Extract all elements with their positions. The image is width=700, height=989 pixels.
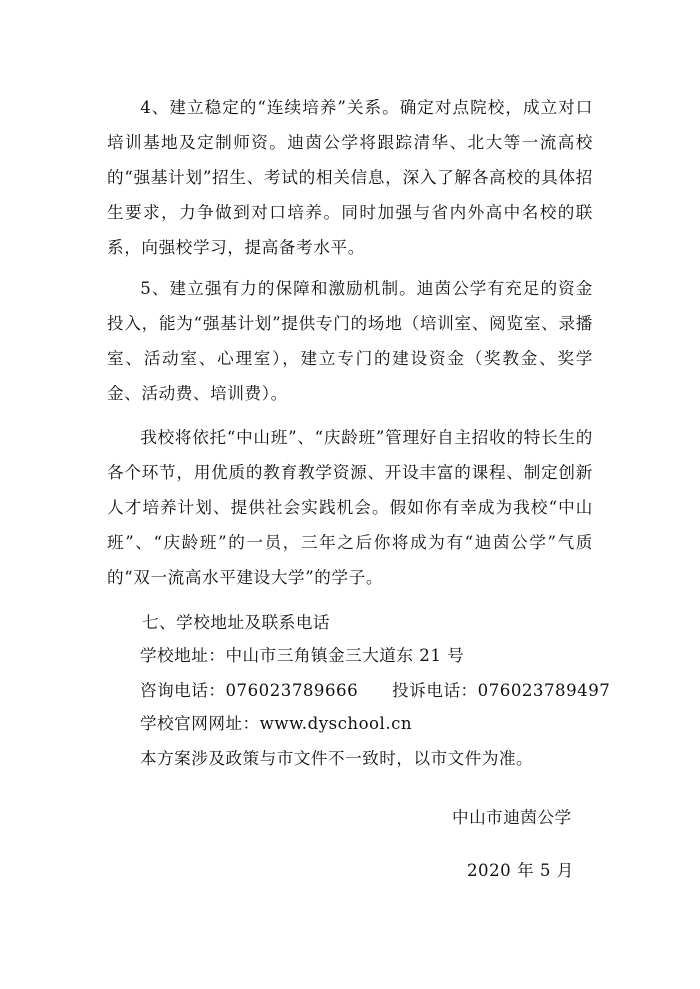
signature-organization: 中山市迪茵公学 [452, 806, 572, 830]
contact-phones: 咨询电话：076023789666投诉电话：076023789497 [140, 679, 610, 703]
paragraph-support-incentive: 5、建立强有力的保障和激励机制。迪茵公学有充足的资金投入，能为“强基计划”提供专… [107, 271, 593, 411]
address-label: 学校地址： [140, 646, 225, 665]
policy-note: 本方案涉及政策与市文件不一致时，以市文件为准。 [140, 747, 533, 771]
complaint-phone-value: 076023789497 [478, 681, 611, 700]
address-value: 中山市三角镇金三大道东 21 号 [225, 646, 464, 665]
paragraph-continuous-training: 4、建立稳定的“连续培养”关系。确定对点院校，成立对口培训基地及定制师资。迪茵公… [107, 90, 593, 265]
school-address: 学校地址：中山市三角镇金三大道东 21 号 [140, 644, 464, 668]
section-heading-contact: 七、学校地址及联系电话 [142, 611, 330, 635]
document-page: 4、建立稳定的“连续培养”关系。确定对点院校，成立对口培训基地及定制师资。迪茵公… [0, 0, 700, 989]
school-website: 学校官网网址：www.dyschool.cn [140, 712, 412, 736]
complaint-phone-label: 投诉电话： [392, 681, 477, 700]
signature-date: 2020 年 5 月 [467, 859, 574, 883]
consult-phone-label: 咨询电话： [140, 681, 225, 700]
paragraph-special-classes: 我校将依托“中山班”、“庆龄班”管理好自主招收的特长生的各个环节，用优质的教育教… [107, 420, 593, 595]
website-value: www.dyschool.cn [260, 714, 412, 733]
website-label: 学校官网网址： [140, 714, 260, 733]
consult-phone-value: 076023789666 [225, 681, 358, 700]
